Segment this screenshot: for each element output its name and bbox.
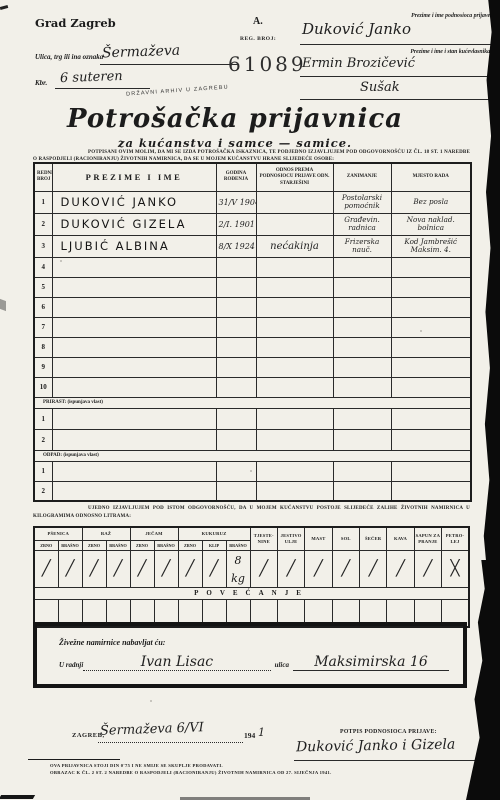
shop-row: U radnji Ivan Lisac ulica Maksimirska 16 [59, 654, 449, 671]
sub-zrno: ZRNO [178, 540, 202, 550]
prirast-band: PRIRAST: (ispunjava vlast) [34, 397, 471, 408]
col-godina-rodjenja: GODINA ROĐENJA [216, 163, 256, 191]
row-number: 3 [34, 235, 52, 257]
signature-underline [294, 760, 494, 761]
member-relation [256, 213, 333, 235]
row-number: 2 [34, 213, 52, 235]
section-letter: A. [253, 16, 263, 27]
stock-mark: ╱ [287, 559, 296, 577]
col-kava: KAVA [387, 527, 414, 550]
col-zanimanje: ZANIMANJE [333, 163, 391, 191]
year-printed: 194 [244, 731, 255, 740]
footer-divider [28, 759, 120, 760]
col-petrolej: PETRO-LEJ [442, 527, 469, 550]
col-psenica: PŠENICA [34, 527, 82, 540]
landlord-label: Prezime i ime i stan kućevlasnika: [300, 49, 492, 55]
odpad-row: 1 [34, 461, 471, 481]
row-number: 9 [34, 357, 52, 377]
row-number: 2 [34, 429, 52, 450]
stock-mark: ╱ [423, 559, 432, 577]
landlord-city-handwritten: Sušak [360, 80, 400, 95]
table-row: 3 LJUBIĆ ALBINA 8/X 1924 nećakinja Frize… [34, 235, 471, 257]
member-name: DUKOVIĆ GIZELA [52, 213, 216, 235]
row-number: 10 [34, 377, 52, 397]
scan-speck [420, 330, 422, 332]
col-mjesto-rada: MJESTO RADA [391, 163, 471, 191]
member-workplace: Kod Jambrešić Maksim. 4. [391, 235, 471, 257]
col-jecam: JEČAM [130, 527, 178, 540]
sub-klip: KLIP [202, 540, 226, 550]
scan-black-blob-bottom-right [466, 560, 500, 800]
row-number: 6 [34, 297, 52, 317]
form-title: Potrošačka prijavnica [0, 104, 470, 134]
row-number: 2 [34, 481, 52, 501]
stocks-group-header: PŠENICA RAŽ JEČAM KUKURUZ TJESTE-NINE JE… [34, 527, 469, 540]
stock-x-mark: ╳ [451, 559, 460, 577]
street-value-handwritten: Šermaževa [102, 43, 181, 62]
odpad-band: ODPAD: (ispunjava vlast) [34, 450, 471, 461]
prirast-row: 1 [34, 408, 471, 429]
household-members-table: REDNI BROJ PREZIME I IME GODINA ROĐENJA … [33, 162, 472, 502]
applicant-name-handwritten: Duković Janko [302, 20, 411, 38]
col-sapun: SAPUN ZA PRANJE [414, 527, 441, 550]
applicant-label: Prezime i ime podnosioca prijave: [300, 13, 492, 19]
row-number: 1 [34, 408, 52, 429]
stock-mark: ╱ [186, 559, 195, 577]
stock-mark: ╱ [90, 559, 99, 577]
member-occupation: Postolarski pomoćnik [333, 191, 391, 213]
shop-name-handwritten: Ivan Lisac [83, 654, 270, 671]
stocks-values-row: ╱ ╱ ╱ ╱ ╱ ╱ ╱ ╱ 8 kg ╱ ╱ ╱ ╱ ╱ ╱ ╱ ╳ [34, 550, 469, 587]
col-tjestenine: TJESTE-NINE [250, 527, 277, 550]
sub-zrno: ZRNO [34, 540, 58, 550]
reg-number-label: REG. BROJ: [240, 36, 276, 42]
signature-label: POTPIS PODNOSIOCA PRIJAVE: [340, 729, 437, 735]
member-born: 8/X 1924 [216, 235, 256, 257]
scan-mark-top-left [0, 5, 8, 10]
stock-mark: ╱ [369, 559, 378, 577]
sub-brasno: BRAŠNO [154, 540, 178, 550]
member-name: LJUBIĆ ALBINA [52, 235, 216, 257]
member-relation [256, 191, 333, 213]
table-row: 2 DUKOVIĆ GIZELA 2/I. 1901 Građevin. rad… [34, 213, 471, 235]
uradnji-label: U radnji [59, 661, 83, 671]
table-row-empty: 9 [34, 357, 471, 377]
table-row: 1 DUKOVIĆ JANKO 31/V 1904 Postolarski po… [34, 191, 471, 213]
date-handwritten: Šermaževa 6/VI [100, 720, 204, 739]
reg-number-stamp: 61089 [228, 52, 307, 76]
scan-speck [150, 700, 152, 702]
member-born: 2/I. 1901 [216, 213, 256, 235]
house-number-label: Kbr. [35, 79, 47, 87]
table-row-empty: 6 [34, 297, 471, 317]
sub-brasno: BRAŠNO [58, 540, 82, 550]
house-number-value-handwritten: 6 suteren [60, 69, 123, 86]
member-relation: nećakinja [256, 235, 333, 257]
sub-brasno: BRAŠNO [106, 540, 130, 550]
table-row-empty: 5 [34, 277, 471, 297]
signature-handwritten: Duković Janko i Gizela [296, 737, 456, 756]
table-row-empty: 4 [34, 257, 471, 277]
prirast-row: 2 [34, 429, 471, 450]
stock-mark: ╱ [42, 559, 51, 577]
stock-mark: ╱ [259, 559, 268, 577]
stock-mark: ╱ [162, 559, 171, 577]
prirast-label: PRIRAST: (ispunjava vlast) [34, 397, 471, 408]
table-row-empty: 7 [34, 317, 471, 337]
col-mast: MAST [305, 527, 332, 550]
col-sol: SOL [332, 527, 359, 550]
stock-mark: ╱ [65, 559, 74, 577]
member-workplace: Bez posla [391, 191, 471, 213]
form-subtitle: za kućanstva i samce — samice. [0, 136, 470, 150]
row-number: 4 [34, 257, 52, 277]
archive-stamp: DRŽAVNI ARHIV U ZAGREBU [126, 84, 229, 97]
table-header-row: REDNI BROJ PREZIME I IME GODINA ROĐENJA … [34, 163, 471, 191]
sub-zrno: ZRNO [130, 540, 154, 550]
scan-mark-left [0, 299, 6, 311]
povecanje-label: POVEĆANJE [34, 587, 469, 599]
landlord-underline-2 [300, 99, 492, 100]
shop-box: Živežne namirnice nabavljat ću: U radnji… [33, 622, 467, 688]
col-odnos: ODNOS PREMA PODNOSIOCU PRIJAVE ODN. STAR… [256, 163, 333, 191]
date-underline [98, 742, 243, 743]
row-number: 8 [34, 337, 52, 357]
stocks-declaration: UJEDNO IZJAVLJUJEM POD ISTOM ODGOVORNOŠĆ… [33, 505, 470, 520]
col-jestivo-ulje: JESTIVO ULJE [277, 527, 304, 550]
shop-box-title: Živežne namirnice nabavljat ću: [59, 638, 165, 647]
scan-mark-bottom-left [0, 795, 35, 799]
stock-mark: ╱ [138, 559, 147, 577]
applicant-underline [300, 44, 492, 45]
footer-note-1: OVA PRIJAVNICA STOJI DIN 0'75 I NE SMIJE… [50, 763, 223, 768]
table-row-empty: 8 [34, 337, 471, 357]
sub-zrno: ZRNO [82, 540, 106, 550]
row-number: 1 [34, 191, 52, 213]
stock-mark: ╱ [210, 559, 219, 577]
table-row-empty: 10 [34, 377, 471, 397]
member-workplace: Nova naklad. bolnica [391, 213, 471, 235]
stock-mark: ╱ [114, 559, 123, 577]
row-number: 7 [34, 317, 52, 337]
odpad-label: ODPAD: (ispunjava vlast) [34, 450, 471, 461]
member-occupation: Građevin. radnica [333, 213, 391, 235]
stock-mark: ╱ [341, 559, 350, 577]
ulica-label: ulica [271, 661, 293, 671]
food-stocks-table: PŠENICA RAŽ JEČAM KUKURUZ TJESTE-NINE JE… [33, 526, 470, 628]
landlord-underline-1 [300, 76, 492, 77]
street-underline [100, 64, 238, 65]
povecanje-band: POVEĆANJE [34, 587, 469, 599]
col-kukuruz: KUKURUZ [178, 527, 250, 540]
scan-speck [60, 260, 62, 262]
member-name: DUKOVIĆ JANKO [52, 191, 216, 213]
col-prezime-ime: PREZIME I IME [52, 163, 216, 191]
year-handwritten: 1 [258, 726, 265, 739]
scan-speck [250, 470, 252, 472]
street-label: Ulica, trg ili ina oznaka [35, 53, 103, 61]
scanned-form-page: Grad Zagreb Ulica, trg ili ina oznaka Še… [0, 0, 500, 800]
row-number: 5 [34, 277, 52, 297]
city-title: Grad Zagreb [35, 16, 116, 30]
odpad-row: 2 [34, 481, 471, 501]
stock-mark: ╱ [314, 559, 323, 577]
shop-street-handwritten: Maksimirska 16 [293, 654, 449, 671]
landlord-name-handwritten: Ermin Brozičević [302, 56, 415, 71]
col-secer: ŠEĆER [359, 527, 386, 550]
row-number: 1 [34, 461, 52, 481]
member-occupation: Frizerska nauč. [333, 235, 391, 257]
col-redni-broj: REDNI BROJ [34, 163, 52, 191]
kbr-underline [55, 88, 150, 89]
stock-mark: ╱ [396, 559, 405, 577]
footer-note-2: OBRAZAC K ČL. 2 ST. 2 NAREDBE O RASPODJE… [50, 770, 332, 775]
col-raz: RAŽ [82, 527, 130, 540]
stock-amount-handwritten: 8 kg [231, 554, 245, 585]
member-born: 31/V 1904 [216, 191, 256, 213]
sub-brasno: BRAŠNO [226, 540, 250, 550]
